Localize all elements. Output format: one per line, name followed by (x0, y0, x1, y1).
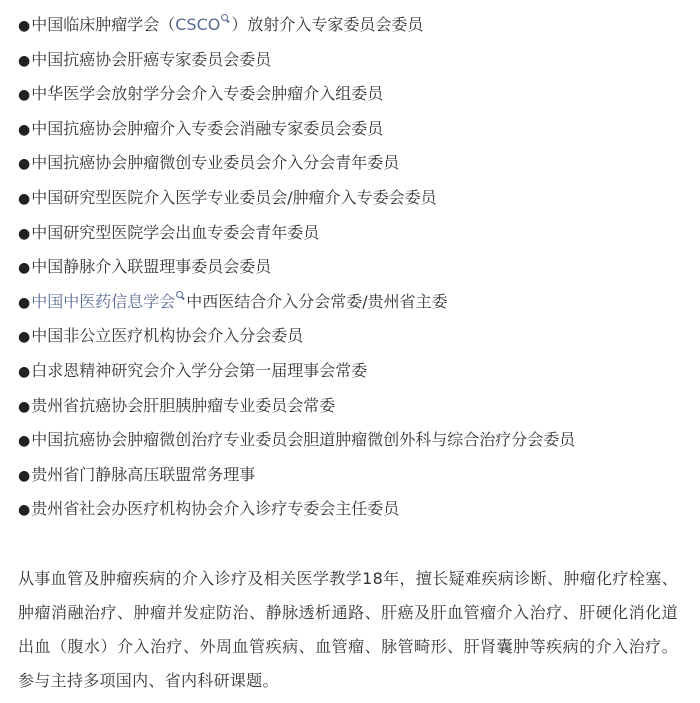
membership-item: ●中国研究型医院学会出血专委会青年委员 (18, 216, 575, 251)
membership-text: 中国抗癌协会肿瘤介入专委会消融专家委员会委员 (31, 119, 383, 138)
bullet-icon: ● (18, 364, 30, 380)
membership-text: 贵州省抗癌协会肝胆胰肿瘤专业委员会常委 (31, 396, 335, 415)
membership-item: ●中国抗癌协会肿瘤微创专业委员会介入分会青年委员 (18, 146, 575, 181)
membership-item: ●贵州省抗癌协会肝胆胰肿瘤专业委员会常委 (18, 389, 575, 424)
membership-text: 中国研究型医院学会出血专委会青年委员 (31, 223, 319, 242)
membership-item: ●贵州省社会办医疗机构协会介入诊疗专委会主任委员 (18, 492, 575, 527)
bullet-icon: ● (18, 295, 30, 311)
search-icon[interactable] (221, 14, 229, 24)
bullet-icon: ● (18, 502, 30, 518)
description-paragraph: 从事血管及肿瘤疾病的介入诊疗及相关医学教学18年，擅长疑难疾病诊断、肿瘤化疗栓塞… (18, 562, 678, 698)
membership-text: 中国临床肿瘤学会（ (31, 15, 175, 34)
document: ●中国临床肿瘤学会（CSCO）放射介入专家委员会委员●中国抗癌协会肝癌专家委员会… (0, 0, 700, 703)
membership-text: 中华医学会放射学分会介入专委会肿瘤介入组委员 (31, 84, 383, 103)
membership-item: ●中国抗癌协会肝癌专家委员会委员 (18, 43, 575, 78)
bullet-icon: ● (18, 329, 30, 345)
bullet-icon: ● (18, 468, 30, 484)
membership-text: 中国抗癌协会肿瘤微创专业委员会介入分会青年委员 (31, 153, 399, 172)
bullet-icon: ● (18, 156, 30, 172)
bullet-icon: ● (18, 226, 30, 242)
membership-item: ●中国中医药信息学会中西医结合介入分会常委/贵州省主委 (18, 285, 575, 320)
membership-item: ●中国抗癌协会肿瘤微创治疗专业委员会胆道肿瘤微创外科与综合治疗分会委员 (18, 423, 575, 458)
membership-list: ●中国临床肿瘤学会（CSCO）放射介入专家委员会委员●中国抗癌协会肝癌专家委员会… (18, 8, 575, 527)
bullet-icon: ● (18, 260, 30, 276)
membership-item: ●贵州省门静脉高压联盟常务理事 (18, 458, 575, 493)
membership-item: ●中国非公立医疗机构协会介入分会委员 (18, 319, 575, 354)
membership-text: 中西医结合介入分会常委/贵州省主委 (186, 292, 447, 311)
membership-item: ●中华医学会放射学分会介入专委会肿瘤介入组委员 (18, 77, 575, 112)
membership-item: ●中国抗癌协会肿瘤介入专委会消融专家委员会委员 (18, 112, 575, 147)
bullet-icon: ● (18, 433, 30, 449)
bullet-icon: ● (18, 18, 30, 34)
bullet-icon: ● (18, 53, 30, 69)
membership-text: 中国静脉介入联盟理事委员会委员 (31, 257, 271, 276)
membership-text: 贵州省门静脉高压联盟常务理事 (31, 465, 255, 484)
bullet-icon: ● (18, 191, 30, 207)
search-link[interactable]: 中国中医药信息学会 (31, 292, 175, 311)
bullet-icon: ● (18, 87, 30, 103)
membership-text: 中国研究型医院介入医学专业委员会/肿瘤介入专委会委员 (31, 188, 436, 207)
search-icon[interactable] (176, 291, 184, 301)
bullet-icon: ● (18, 122, 30, 138)
membership-item: ●中国静脉介入联盟理事委员会委员 (18, 250, 575, 285)
membership-text: 贵州省社会办医疗机构协会介入诊疗专委会主任委员 (31, 499, 399, 518)
membership-text: 中国抗癌协会肝癌专家委员会委员 (31, 50, 271, 69)
membership-text: ）放射介入专家委员会委员 (231, 15, 423, 34)
bullet-icon: ● (18, 399, 30, 415)
membership-item: ●中国临床肿瘤学会（CSCO）放射介入专家委员会委员 (18, 8, 575, 43)
membership-text: 白求恩精神研究会介入学分会第一届理事会常委 (31, 361, 367, 380)
membership-text: 中国非公立医疗机构协会介入分会委员 (31, 326, 303, 345)
search-link[interactable]: CSCO (175, 15, 220, 34)
membership-item: ●中国研究型医院介入医学专业委员会/肿瘤介入专委会委员 (18, 181, 575, 216)
membership-item: ●白求恩精神研究会介入学分会第一届理事会常委 (18, 354, 575, 389)
membership-text: 中国抗癌协会肿瘤微创治疗专业委员会胆道肿瘤微创外科与综合治疗分会委员 (31, 430, 575, 449)
